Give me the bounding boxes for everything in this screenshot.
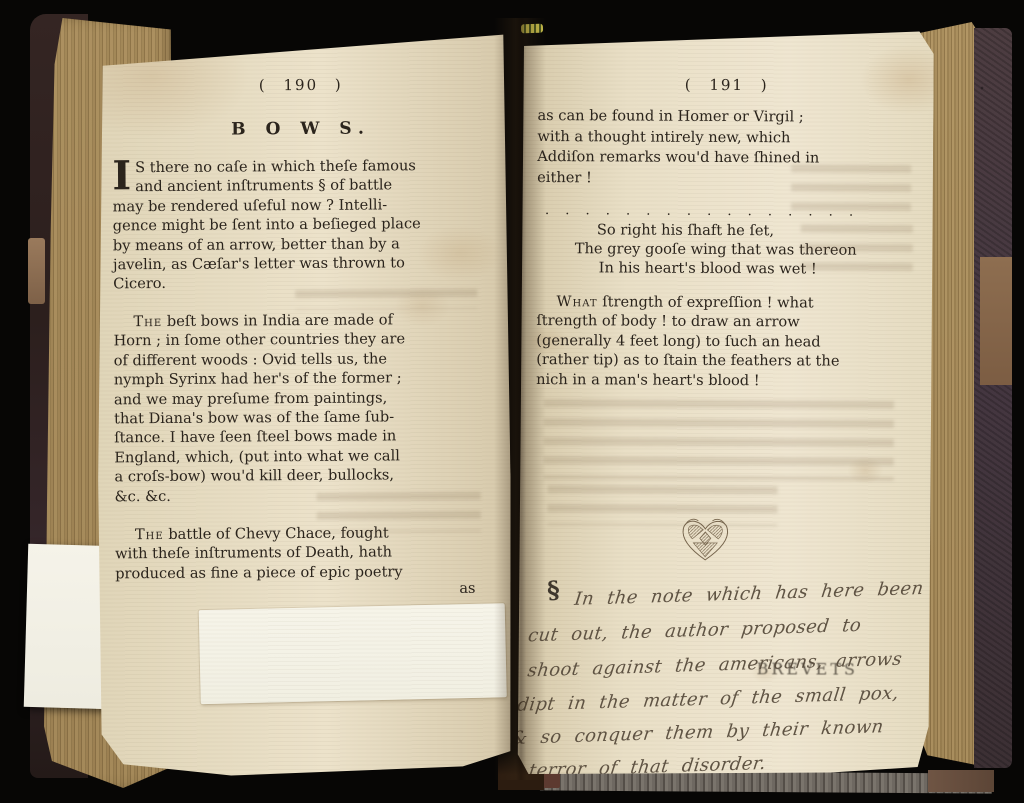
paragraph-3: The battle of Chevy Chace, fought with t… — [115, 523, 489, 584]
paragraph-what-strength: What ſtrength of expreſſion ! what ſtren… — [536, 292, 911, 391]
verse-line: The grey gooſe wing that was thereon — [575, 240, 857, 258]
catchword: as — [459, 580, 475, 597]
paragraph-continued: as can be found in Homer or Virgil ; wit… — [537, 106, 911, 190]
verse-line: So right his ſhaft he ſet, — [597, 221, 774, 239]
page-number-left: ( 190 ) — [94, 75, 508, 96]
annotation-line: In the note which has here been — [573, 578, 925, 610]
verse-line: In his heart's blood was wet ! — [599, 259, 817, 277]
page-number-right: ( 191 ) — [520, 75, 934, 95]
paragraph-lead: What — [556, 293, 597, 310]
show-through-text — [544, 399, 894, 481]
left-page: ( 190 ) B O W S. IS there no caſe in whi… — [93, 29, 512, 780]
annotation-line: & so conquer them by their known — [510, 716, 885, 749]
annotation-line: cut out, the author proposed to — [527, 615, 863, 647]
left-cover-worn-patch — [28, 238, 45, 304]
paragraph-2: The beſt bows in India are made of Horn … — [113, 310, 488, 507]
bottom-cover-edge — [540, 770, 992, 793]
printer-ornament-heart-icon — [677, 513, 733, 569]
paragraph-2-lead: The — [133, 313, 162, 330]
ellipsis-line: . . . . . . . . . . . . . . . . — [545, 203, 859, 220]
repair-patch — [199, 603, 507, 704]
paragraph-1: IS there no caſe in which theſe famous a… — [112, 156, 487, 294]
annotation-section-mark: § — [546, 575, 560, 605]
handwritten-annotation: In the note which has here been cut out,… — [525, 568, 933, 581]
bottom-cover-edge-corner — [928, 770, 994, 792]
page-title-bows: B O W S. — [94, 118, 508, 141]
right-page: ( 191 ) as can be found in Homer or Virg… — [516, 25, 934, 779]
show-through-text — [547, 485, 777, 526]
right-cover-worn-patch — [980, 257, 1012, 385]
drop-cap-initial: I — [112, 158, 135, 192]
paragraph-3-lead: The — [135, 526, 164, 543]
book-photograph: ( 190 ) B O W S. IS there no caſe in whi… — [0, 0, 1024, 803]
right-cover-board — [974, 28, 1012, 768]
headband — [521, 24, 543, 34]
annotation-line: dipt in the matter of the small pox, — [516, 683, 900, 716]
